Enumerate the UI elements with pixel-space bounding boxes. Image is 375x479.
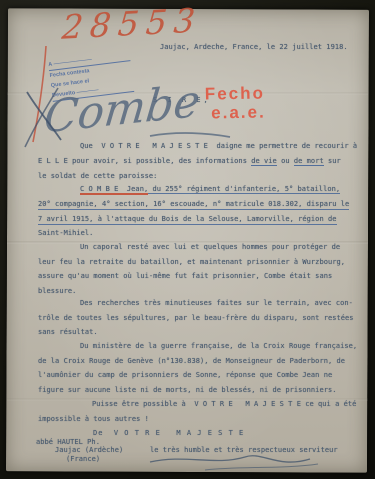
body-line: E L L E pour avoir, si possible, des inf… — [38, 157, 341, 166]
body-line: assure qu'au moment où lui-même fut fait… — [38, 272, 332, 281]
body-line: 7 avril 1915, à l'attaque du Bois de la … — [38, 215, 337, 225]
text-segment: sur — [324, 157, 341, 165]
body-line: l'aumônier du camp de prisonniers de Son… — [38, 371, 332, 380]
body-line: impossible à tous autres ! — [38, 415, 149, 424]
body-line: Que V O T R E M A J E S T E daigne me pe… — [80, 142, 357, 151]
body-line: Des recherches très minutieuses faites s… — [80, 299, 353, 308]
body-line: trôle de toutes les sépultures, par le b… — [38, 314, 354, 323]
body-line: Puisse être possible à V O T R E M A J E… — [92, 400, 356, 409]
letter-photograph: 28553 Jaujac, Ardeche, France, le 22 jui… — [0, 0, 375, 479]
closing-majesty: De V O T R E M A J E S T E — [93, 429, 244, 438]
red-stamp-line1: Fecho — [205, 83, 266, 103]
closing-servant: le très humble et très respectueux servi… — [150, 446, 338, 455]
red-office-stamp: Fecho e.a.e. — [205, 83, 266, 122]
body-line: sans résultat. — [38, 328, 98, 337]
underlined-de-mort: de mort — [294, 157, 324, 166]
dateline: Jaujac, Ardeche, France, le 22 juillet 1… — [160, 43, 348, 52]
red-stamp-line2: e.a.e. — [211, 102, 266, 122]
body-line: de la Croix Rouge de Genève (n°130.838),… — [38, 357, 345, 366]
body-line: Du ministère de la guerre française, de … — [80, 342, 357, 351]
body-line: figure sur aucune liste ni de morts, ni … — [38, 386, 337, 395]
handwritten-file-number: 28553 — [60, 0, 203, 47]
body-line: Un caporal resté avec lui et quelques ho… — [80, 243, 340, 252]
soldier-name-red-underline: C O M B E Jean, — [80, 185, 148, 195]
text-segment: du 255° régiment d'infanterie, 5° batail… — [148, 185, 340, 194]
body-line: Saint-Mihiel. — [38, 229, 93, 238]
text-segment: E L L E pour avoir, si possible, des inf… — [38, 157, 251, 165]
text-segment: ou — [277, 157, 294, 165]
closing-country: (France) — [66, 455, 100, 464]
body-line: leur feu la retraite du bataillon, et ma… — [38, 258, 345, 267]
body-line: 20° compagnie, 4° section, 16° escouade,… — [38, 200, 349, 210]
closing-place: Jaujac (Ardèche) — [55, 446, 123, 455]
body-line: C O M B E Jean, du 255° régiment d'infan… — [80, 185, 340, 194]
body-line: blessure. — [38, 287, 76, 296]
body-line: le soldat de cette paroisse: — [38, 172, 157, 181]
underlined-de-vie: de vie — [251, 157, 277, 166]
